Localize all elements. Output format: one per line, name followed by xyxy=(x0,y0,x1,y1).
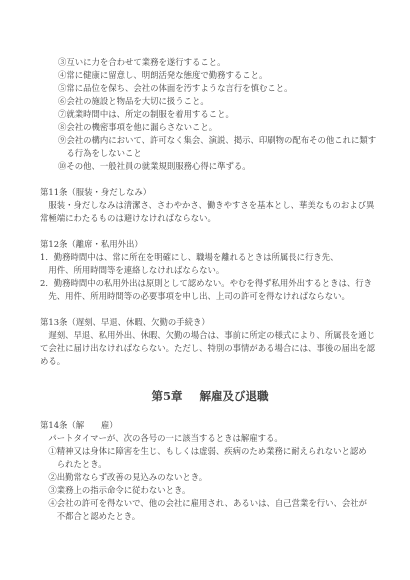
duty-item-line: ⑨会社の構内において、許可なく集会、演説、掲示、印刷物の配布その他これに類す xyxy=(58,134,380,147)
article-text-line: 不都合と認めたとき。 xyxy=(40,510,380,523)
article-text-line: ③業務上の指示命令に従わないとき。 xyxy=(40,484,380,497)
duty-item-line: ⑤常に品位を保ち、会社の体面を汚すような言行を慎むこと。 xyxy=(58,82,380,95)
article-text-line: 2．勤務時間中の私用外出は原則として認めない。やむを得ず私用外出するときは、行き xyxy=(40,277,380,290)
article-13-heading: 第13条（遅刻、早退、休暇、欠勤の手続き） xyxy=(40,316,380,329)
article-text-line: 常極端にわたるものは避けなければならない。 xyxy=(40,212,380,225)
duty-item-line: ⑩その他、一般社員の就業規則服務心得に準ずる。 xyxy=(58,160,380,173)
article-14-text: パートタイマーが、次の各号の一に該当するときは解雇する。 ①精神又は身体に障害を… xyxy=(40,432,380,523)
duty-item-line: ③互いに力を合わせて業務を遂行すること。 xyxy=(58,56,380,69)
article-14-heading: 第14条（解 雇） xyxy=(40,419,380,432)
chapter-title: 解雇及び退職 xyxy=(200,389,269,403)
article-text-line: 遅刻、早退、私用外出、休暇、欠勤の場合は、事前に所定の様式により、所属長を通じ xyxy=(40,329,380,342)
duty-item-line: る行為をしないこと xyxy=(58,147,380,160)
article-text-line: て会社に届け出なければならない。ただし、特別の事情がある場合には、事後の届出を認 xyxy=(40,342,380,355)
duty-item-list: ③互いに力を合わせて業務を遂行すること。④常に健康に留意し、明朗活発な態度で勤務… xyxy=(58,56,380,173)
article-11-heading: 第11条（服装・身だしなみ） xyxy=(40,186,380,199)
article-11-text: 服装・身だしなみは清潔さ、さわやかさ、働きやすさを基本とし、華美なものおよび異常… xyxy=(40,199,380,225)
chapter-number: 第5章 xyxy=(151,389,182,403)
article-text-line: 用件、所用時間等を連絡しなければならない。 xyxy=(40,264,380,277)
duty-item-line: ④常に健康に留意し、明朗活発な態度で勤務すること。 xyxy=(58,69,380,82)
document-body: ③互いに力を合わせて業務を遂行すること。④常に健康に留意し、明朗活発な態度で勤務… xyxy=(40,56,380,536)
article-12: 第12条（離席・私用外出） 1．勤務時間中は、常に所在を明確にし、職場を離れると… xyxy=(40,238,380,303)
article-text-line: 先、用件、所用時間等の必要事項を申し出、上司の許可を得なければならない。 xyxy=(40,290,380,303)
article-text-line: ④会社の許可を得ないで、他の会社に雇用され、あるいは、自己営業を行い、会社が xyxy=(40,497,380,510)
article-13: 第13条（遅刻、早退、休暇、欠勤の手続き） 遅刻、早退、私用外出、休暇、欠勤の場… xyxy=(40,316,380,368)
duty-item-line: ⑧会社の機密事項を他に漏らさないこと。 xyxy=(58,121,380,134)
article-text-line: ②出勤常ならず改善の見込みのないとき。 xyxy=(40,471,380,484)
article-text-line: ①精神又は身体に障害を生じ、もしくは虚弱、疾病のため業務に耐えられないと認め xyxy=(40,445,380,458)
article-14: 第14条（解 雇） パートタイマーが、次の各号の一に該当するときは解雇する。 ①… xyxy=(40,419,380,523)
article-13-text: 遅刻、早退、私用外出、休暇、欠勤の場合は、事前に所定の様式により、所属長を通じて… xyxy=(40,329,380,368)
article-12-heading: 第12条（離席・私用外出） xyxy=(40,238,380,251)
duty-item-line: ⑥会社の施設と物品を大切に扱うこと。 xyxy=(58,95,380,108)
article-12-text: 1．勤務時間中は、常に所在を明確にし、職場を離れるときは所属長に行き先、 用件、… xyxy=(40,251,380,303)
article-text-line: 服装・身だしなみは清潔さ、さわやかさ、働きやすさを基本とし、華美なものおよび異 xyxy=(40,199,380,212)
chapter-5-heading: 第5章解雇及び退職 xyxy=(40,389,380,404)
article-text-line: られたとき。 xyxy=(40,458,380,471)
article-11: 第11条（服装・身だしなみ） 服装・身だしなみは清潔さ、さわやかさ、働きやすさを… xyxy=(40,186,380,225)
article-text-line: める。 xyxy=(40,355,380,368)
article-text-line: パートタイマーが、次の各号の一に該当するときは解雇する。 xyxy=(40,432,380,445)
duty-item-line: ⑦就業時間中は、所定の制服を着用すること。 xyxy=(58,108,380,121)
article-text-line: 1．勤務時間中は、常に所在を明確にし、職場を離れるときは所属長に行き先、 xyxy=(40,251,380,264)
document-page: ③互いに力を合わせて業務を遂行すること。④常に健康に留意し、明朗活発な態度で勤務… xyxy=(0,0,410,580)
